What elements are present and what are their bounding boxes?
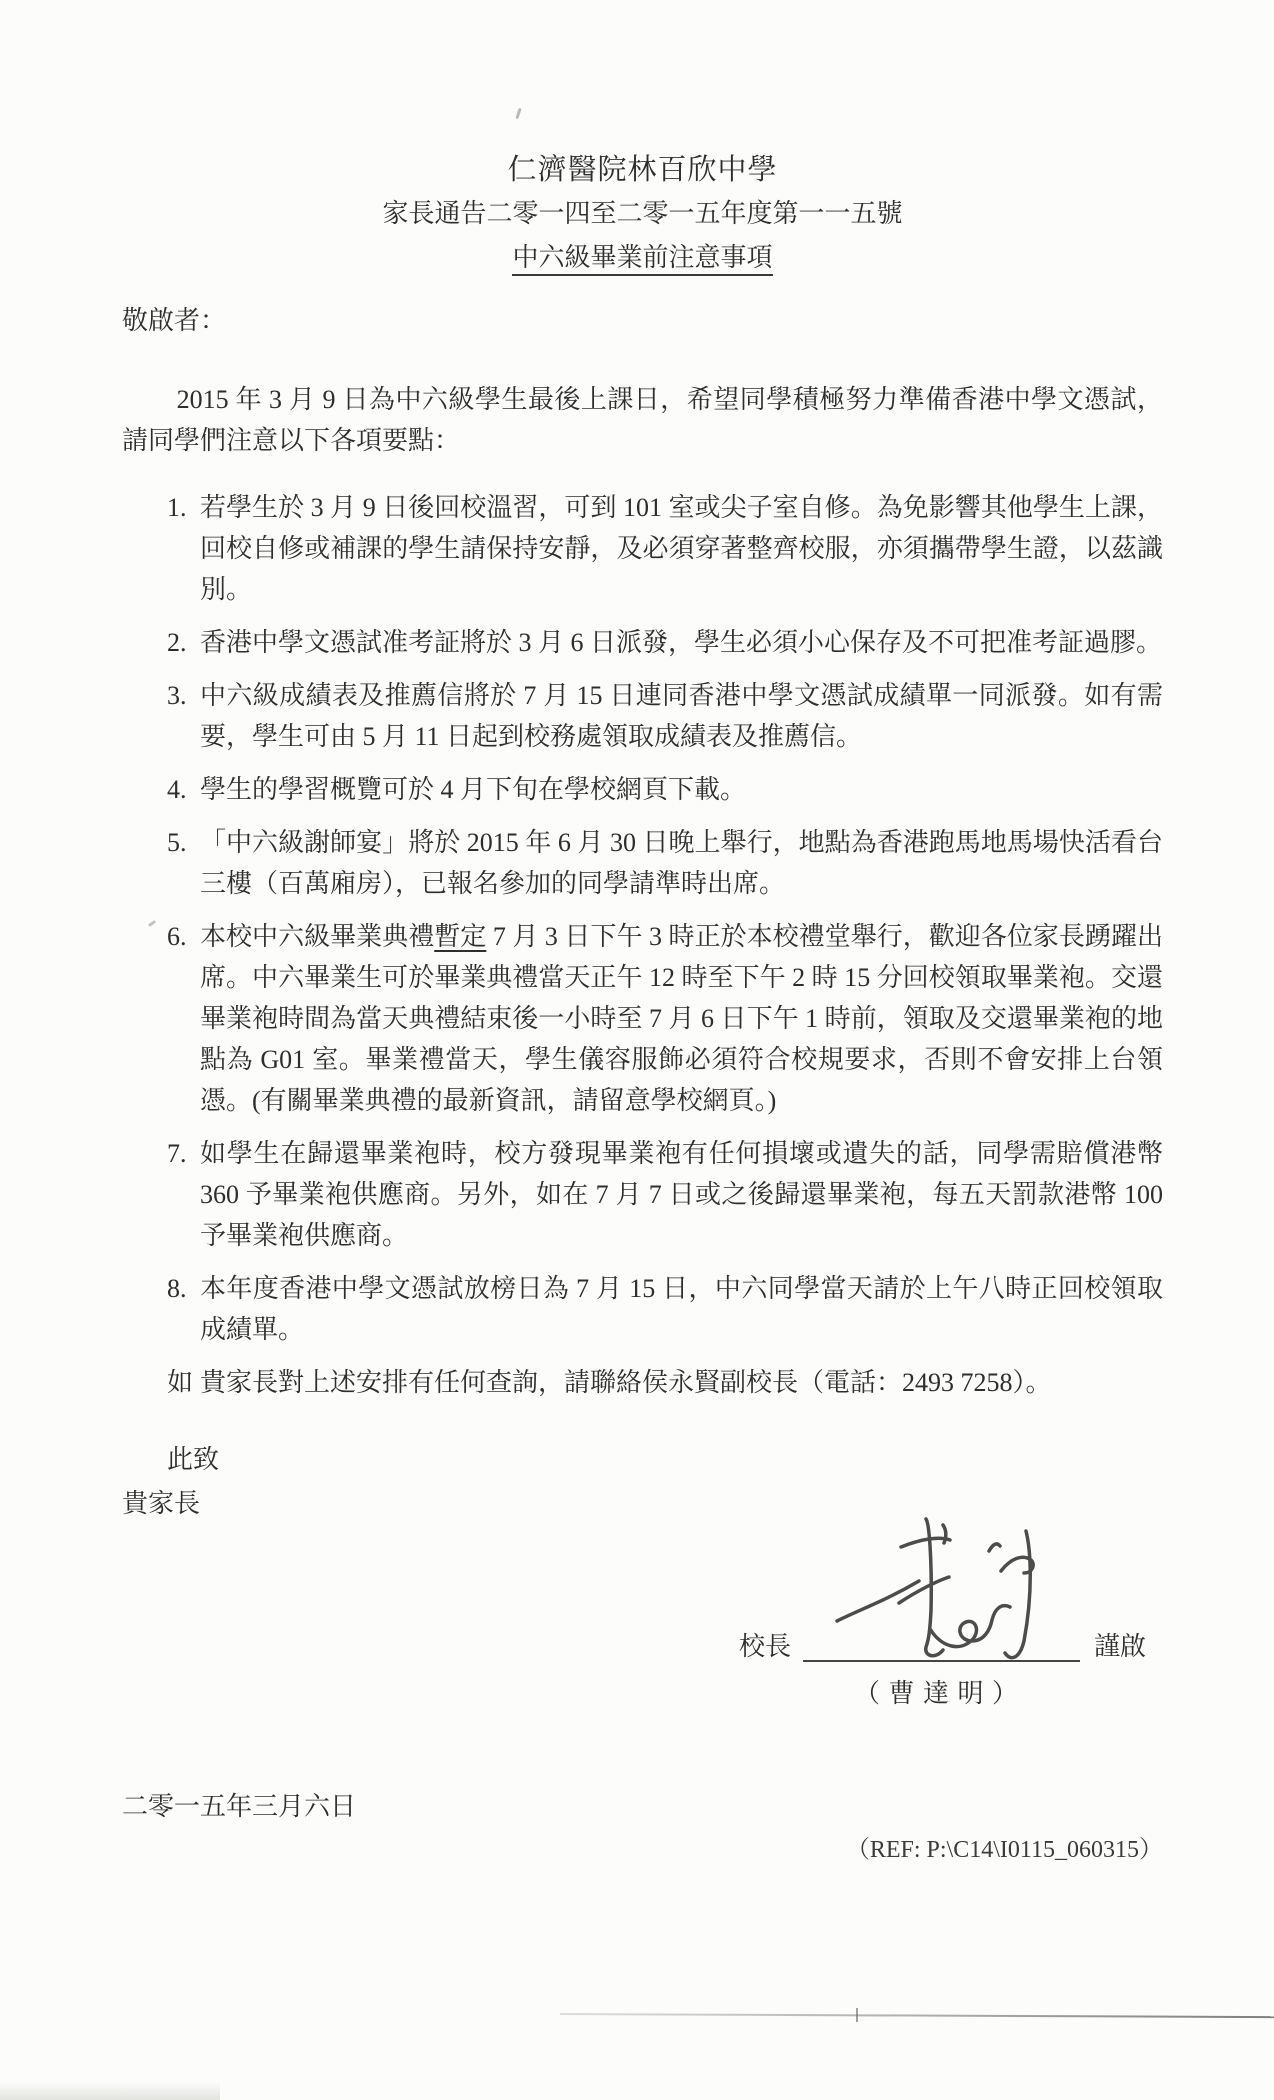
- item-number: 3.: [122, 675, 200, 757]
- scan-edge-shade: [0, 2082, 220, 2100]
- notice-number: 家長通告二零一四至二零一五年度第一一五號: [122, 192, 1163, 236]
- item-number: 7.: [122, 1133, 200, 1256]
- item-number: 2.: [122, 622, 200, 663]
- notice-item-6: 6. 本校中六級畢業典禮暫定 7 月 3 日下午 3 時正於本校禮堂舉行，歡迎各…: [122, 916, 1163, 1121]
- salutation: 敬啟者：: [122, 300, 1163, 341]
- notice-item-1: 1. 若學生於 3 月 9 日後回校溫習，可到 101 室或尖子室自修。為免影響…: [122, 487, 1163, 610]
- scan-artifact-tick: [856, 2008, 858, 2022]
- item-number: 6.: [122, 916, 200, 1121]
- notice-item-5: 5. 「中六級謝師宴」將於 2015 年 6 月 30 日晚上舉行，地點為香港跑…: [122, 822, 1163, 904]
- school-name: 仁濟醫院林百欣中學: [122, 148, 1163, 192]
- notice-date: 二零一五年三月六日: [122, 1786, 1163, 1827]
- enquiry-prefix: 如: [122, 1362, 200, 1403]
- signature-suffix: 謹啟: [1094, 1626, 1146, 1667]
- item-text: 本校中六級畢業典禮暫定 7 月 3 日下午 3 時正於本校禮堂舉行，歡迎各位家長…: [200, 916, 1163, 1121]
- item-number: 4.: [122, 769, 200, 810]
- signature-name-row: （ 曹 達 明 ）: [122, 1673, 1075, 1714]
- item-number: 8.: [122, 1268, 200, 1350]
- notice-item-3: 3. 中六級成績表及推薦信將於 7 月 15 日連同香港中學文憑試成績單一同派發…: [122, 675, 1163, 757]
- notice-subject: 中六級畢業前注意事項: [122, 236, 1163, 280]
- reference-number: （REF: P:\C14\I0115_060315）: [122, 1833, 1163, 1867]
- signature-title: 校長: [739, 1626, 791, 1667]
- item-number: 5.: [122, 822, 200, 904]
- notice-item-list: 1. 若學生於 3 月 9 日後回校溫習，可到 101 室或尖子室自修。為免影響…: [122, 487, 1163, 1350]
- enquiry-text: 貴家長對上述安排有任何查詢，請聯絡侯永賢副校長（電話：2493 7258）。: [200, 1362, 1163, 1403]
- notice-content: 仁濟醫院林百欣中學 家長通告二零一四至二零一五年度第一一五號 中六級畢業前注意事…: [0, 0, 1274, 1867]
- notice-item-4: 4. 學生的學習概覽可於 4 月下旬在學校網頁下載。: [122, 769, 1163, 810]
- notice-subject-text: 中六級畢業前注意事項: [512, 243, 772, 276]
- item-text: 香港中學文憑試准考証將於 3 月 6 日派發，學生必須小心保存及不可把准考証過膠…: [200, 622, 1163, 663]
- scanned-notice-page: 仁濟醫院林百欣中學 家長通告二零一四至二零一五年度第一一五號 中六級畢業前注意事…: [0, 0, 1274, 2100]
- item-text: 「中六級謝師宴」將於 2015 年 6 月 30 日晚上舉行，地點為香港跑馬地馬…: [200, 822, 1163, 904]
- item-text: 本年度香港中學文憑試放榜日為 7 月 15 日，中六同學當天請於上午八時正回校領…: [200, 1268, 1163, 1350]
- notice-header: 仁濟醫院林百欣中學 家長通告二零一四至二零一五年度第一一五號 中六級畢業前注意事…: [122, 148, 1163, 280]
- notice-item-2: 2. 香港中學文憑試准考証將於 3 月 6 日派發，學生必須小心保存及不可把准考…: [122, 622, 1163, 663]
- item-text: 中六級成績表及推薦信將於 7 月 15 日連同香港中學文憑試成績單一同派發。如有…: [200, 675, 1163, 757]
- item-number: 1.: [122, 487, 200, 610]
- item-text: 若學生於 3 月 9 日後回校溫習，可到 101 室或尖子室自修。為免影響其他學…: [200, 487, 1163, 610]
- handwritten-signature: [833, 1511, 1063, 1676]
- item-text: 如學生在歸還畢業袍時，校方發現畢業袍有任何損壞或遺失的話，同學需賠償港幣 360…: [200, 1133, 1163, 1256]
- signature-row: 校長 謹啟: [122, 1620, 1146, 1667]
- item-text-pre: 本校中六級畢業典禮: [200, 922, 434, 951]
- enquiry-line: 如 貴家長對上述安排有任何查詢，請聯絡侯永賢副校長（電話：2493 7258）。: [122, 1362, 1163, 1403]
- item-text: 學生的學習概覽可於 4 月下旬在學校網頁下載。: [200, 769, 1163, 810]
- item-text-underlined: 暫定: [434, 922, 486, 951]
- signature-line: [803, 1620, 1080, 1662]
- closing-phrase: 此致: [167, 1439, 1163, 1480]
- principal-name: （ 曹 達 明 ）: [798, 1673, 1075, 1714]
- scan-artifact-line: [560, 2013, 1274, 2018]
- intro-paragraph: 2015 年 3 月 9 日為中六級學生最後上課日，希望同學積極努力準備香港中學…: [122, 379, 1163, 461]
- notice-item-8: 8. 本年度香港中學文憑試放榜日為 7 月 15 日，中六同學當天請於上午八時正…: [122, 1268, 1163, 1350]
- notice-item-7: 7. 如學生在歸還畢業袍時，校方發現畢業袍有任何損壞或遺失的話，同學需賠償港幣 …: [122, 1133, 1163, 1256]
